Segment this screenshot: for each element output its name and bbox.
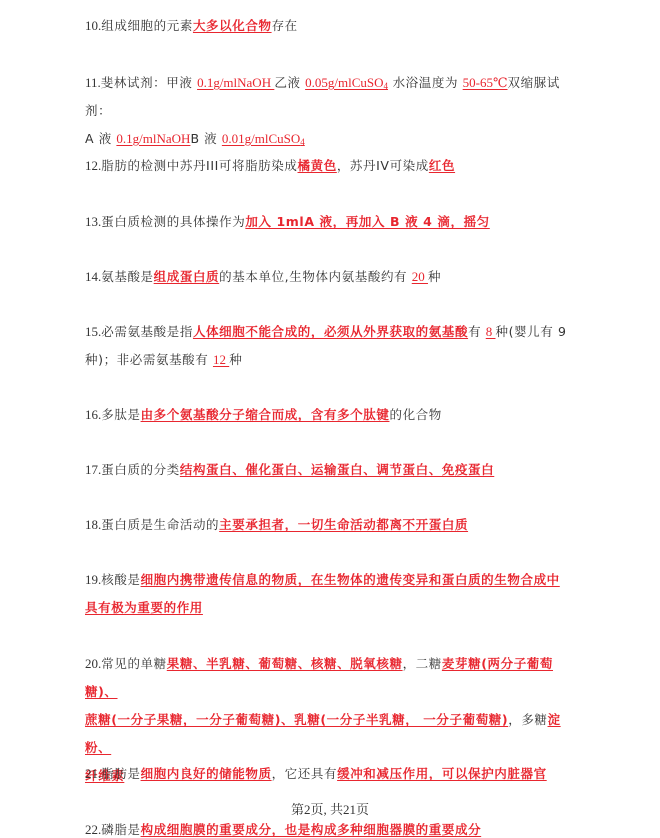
question-text: 蛋白质检测的具体操作为 — [101, 214, 245, 229]
page-number-footer: 第2页, 共21页 — [0, 799, 660, 818]
answer-text: 8 — [486, 324, 496, 339]
question-text: 必需氨基酸是指 — [101, 324, 193, 339]
question-text: 蛋白质是生命活动的 — [101, 517, 219, 532]
item-number: 13. — [85, 214, 101, 229]
answer-text: 结构蛋白、催化蛋白、运输蛋白、调节蛋白、免疫蛋白 — [180, 462, 494, 477]
question-text: 磷脂是 — [101, 822, 140, 837]
item-11: 11.斐林试剂：甲液 0.1g/mlNaOH 乙液 0.05g/mlCuSO4 … — [85, 69, 585, 153]
question-text: ，二糖 — [403, 656, 442, 671]
answer-text: 组成蛋白质 — [154, 269, 220, 284]
question-text: 有 — [468, 324, 486, 339]
item-18: 18.蛋白质是生命活动的主要承担者，一切生命活动都离不开蛋白质 — [85, 511, 585, 539]
question-text: 组成细胞的元素 — [101, 18, 193, 33]
item-10: 10.组成细胞的元素大多以化合物存在 — [85, 12, 585, 40]
answer-text: 0.01g/mlCuSO4 — [222, 131, 305, 146]
question-text: 脂肪是 — [101, 766, 140, 781]
question-text: B 液 — [190, 131, 221, 146]
item-number: 18. — [85, 517, 101, 532]
answer-text: 橘黄色 — [298, 158, 337, 173]
question-text: 的基本单位,生物体内氨基酸约有 — [219, 269, 412, 284]
item-19: 19.核酸是细胞内携带遗传信息的物质，在生物体的遗传变异和蛋白质的生物合成中具有… — [85, 566, 585, 622]
question-text: 乙液 — [274, 75, 305, 90]
subscript: 4 — [300, 137, 305, 147]
item-number: 11. — [85, 75, 101, 90]
item-number: 16. — [85, 407, 101, 422]
answer-text: 0.1g/mlNaOH — [197, 75, 274, 90]
item-15: 15.必需氨基酸是指人体细胞不能合成的，必须从外界获取的氨基酸有 8 种(婴儿有… — [85, 318, 585, 374]
answer-text: 构成细胞膜的重要成分，也是构成多种细胞器膜的重要成分 — [141, 822, 482, 837]
question-text: 的化合物 — [389, 407, 441, 422]
item-number: 14. — [85, 269, 101, 284]
question-text: 核酸是 — [101, 572, 140, 587]
answer-text: 50-65℃ — [463, 75, 508, 90]
item-12: 12.脂肪的检测中苏丹III可将脂肪染成橘黄色，苏丹IV可染成红色 — [85, 152, 585, 180]
question-text: ，它还具有 — [272, 766, 338, 781]
item-17: 17.蛋白质的分类结构蛋白、催化蛋白、运输蛋白、调节蛋白、免疫蛋白 — [85, 456, 585, 484]
question-text: 多肽是 — [101, 407, 140, 422]
question-text: 种(婴儿有 9 — [496, 324, 567, 339]
question-text: 常见的单糖 — [101, 656, 167, 671]
answer-text: 大多以化合物 — [193, 18, 272, 33]
answer-text: 红色 — [429, 158, 455, 173]
item-number: 17. — [85, 462, 101, 477]
answer-text: 12 — [213, 352, 229, 367]
answer-text: 细胞内良好的储能物质 — [141, 766, 272, 781]
item-number: 19. — [85, 572, 101, 587]
answer-text: 具有极为重要的作用 — [85, 600, 203, 615]
item-number: 21. — [85, 766, 101, 781]
question-text: 氨基酸是 — [101, 269, 153, 284]
question-text: ，苏丹IV可染成 — [337, 158, 429, 173]
answer-text: 缓冲和减压作用，可以保护内脏器官 — [337, 766, 547, 781]
item-number: 12. — [85, 158, 101, 173]
item-22: 22.磷脂是构成细胞膜的重要成分，也是构成多种细胞器膜的重要成分 — [85, 816, 585, 838]
item-14: 14.氨基酸是组成蛋白质的基本单位,生物体内氨基酸约有 20 种 — [85, 263, 585, 291]
question-text: 水浴温度为 — [388, 75, 463, 90]
answer-text: 20 — [412, 269, 428, 284]
answer-text: 0.1g/mlNaOH — [116, 131, 190, 146]
answer-text: 果糖、半乳糖、葡萄糖、核糖、脱氧核糖 — [167, 656, 403, 671]
item-number: 15. — [85, 324, 101, 339]
answer-text: 人体细胞不能合成的，必须从外界获取的氨基酸 — [193, 324, 468, 339]
item-21: 21.脂肪是细胞内良好的储能物质，它还具有缓冲和减压作用，可以保护内脏器官 — [85, 760, 585, 788]
question-text: 种 — [229, 352, 242, 367]
question-text: 斐林试剂：甲液 — [101, 75, 197, 90]
answer-text: 由多个氨基酸分子缩合而成，含有多个肽键 — [141, 407, 390, 422]
answer-text: 主要承担者，一切生命活动都离不开蛋白质 — [219, 517, 468, 532]
question-text: 种 — [428, 269, 441, 284]
question-text: 种)；非必需氨基酸有 — [85, 352, 213, 367]
answer-text: 蔗糖(一分子果糖，一分子葡萄糖)、乳糖(一分子半乳糖， 一分子葡萄糖) — [85, 712, 508, 727]
item-number: 10. — [85, 18, 101, 33]
item-number: 20. — [85, 656, 101, 671]
question-text: 存在 — [272, 18, 298, 33]
answer-text: 细胞内携带遗传信息的物质，在生物体的遗传变异和蛋白质的生物合成中 — [141, 572, 560, 587]
question-text: A 液 — [85, 131, 116, 146]
question-text: 蛋白质的分类 — [101, 462, 180, 477]
question-text: 脂肪的检测中苏丹III可将脂肪染成 — [101, 158, 297, 173]
answer-text: 加入 1mlA 液，再加入 B 液 4 滴，摇匀 — [245, 214, 489, 229]
item-13: 13.蛋白质检测的具体操作为加入 1mlA 液，再加入 B 液 4 滴，摇匀 — [85, 208, 585, 236]
item-16: 16.多肽是由多个氨基酸分子缩合而成，含有多个肽键的化合物 — [85, 401, 585, 429]
item-number: 22. — [85, 822, 101, 837]
question-text: ，多糖 — [508, 712, 547, 727]
answer-text: 0.05g/mlCuSO4 — [305, 75, 388, 90]
